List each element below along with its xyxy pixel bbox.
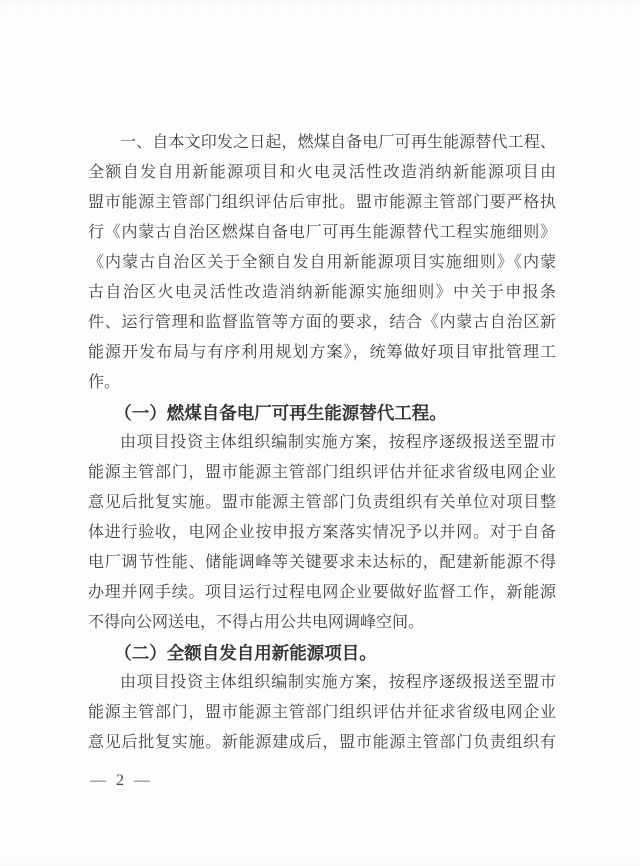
text-line: 意见后批复实施。盟市能源主管部门负责组织有关单位对项目整 <box>88 488 556 518</box>
text-line: 体进行验收，电网企业按申报方案落实情况予以并网。对于自备 <box>88 518 556 548</box>
text-line: 件、运行管理和监督监管等方面的要求，结合《内蒙古自治区新 <box>88 308 556 338</box>
text-line: 盟市能源主管部门组织评估后审批。盟市能源主管部门要严格执 <box>88 188 556 218</box>
text-line: 全额自发自用新能源项目和火电灵活性改造消纳新能源项目由 <box>88 158 556 188</box>
section-heading: （二）全额自发自用新能源项目。 <box>88 638 556 668</box>
text-line: 能源主管部门，盟市能源主管部门组织评估并征求省级电网企业 <box>88 698 556 728</box>
text-line: 行《内蒙古自治区燃煤自备电厂可再生能源替代工程实施细则》 <box>88 218 556 248</box>
text-line: 《内蒙古自治区关于全额自发自用新能源项目实施细则》《内蒙 <box>88 248 556 278</box>
document-body: 一、自本文印发之日起，燃煤自备电厂可再生能源替代工程、全额自发自用新能源项目和火… <box>88 128 556 758</box>
text-line: 电厂调节性能、储能调峰等关键要求未达标的，配建新能源不得 <box>88 548 556 578</box>
text-line: 能源开发布局与有序利用规划方案》，统筹做好项目审批管理工 <box>88 338 556 368</box>
text-line: 古自治区火电灵活性改造消纳新能源实施细则》中关于申报条 <box>88 278 556 308</box>
page-number: — 2 — <box>90 772 153 790</box>
document-page: 一、自本文印发之日起，燃煤自备电厂可再生能源替代工程、全额自发自用新能源项目和火… <box>0 0 640 866</box>
scan-artifact-top <box>0 0 640 56</box>
text-line: 办理并网手续。项目运行过程电网企业要做好监督工作，新能源 <box>88 578 556 608</box>
text-line: 作。 <box>88 368 556 398</box>
section-heading: （一）燃煤自备电厂可再生能源替代工程。 <box>88 398 556 428</box>
text-line: 由项目投资主体组织编制实施方案，按程序逐级报送至盟市 <box>88 428 556 458</box>
text-line: 能源主管部门，盟市能源主管部门组织评估并征求省级电网企业 <box>88 458 556 488</box>
text-line: 不得向公网送电，不得占用公共电网调峰空间。 <box>88 608 556 638</box>
text-line: 由项目投资主体组织编制实施方案，按程序逐级报送至盟市 <box>88 668 556 698</box>
scan-artifact-bottom <box>0 822 640 848</box>
text-line: 一、自本文印发之日起，燃煤自备电厂可再生能源替代工程、 <box>88 128 556 158</box>
text-line: 意见后批复实施。新能源建成后，盟市能源主管部门负责组织有 <box>88 728 556 758</box>
